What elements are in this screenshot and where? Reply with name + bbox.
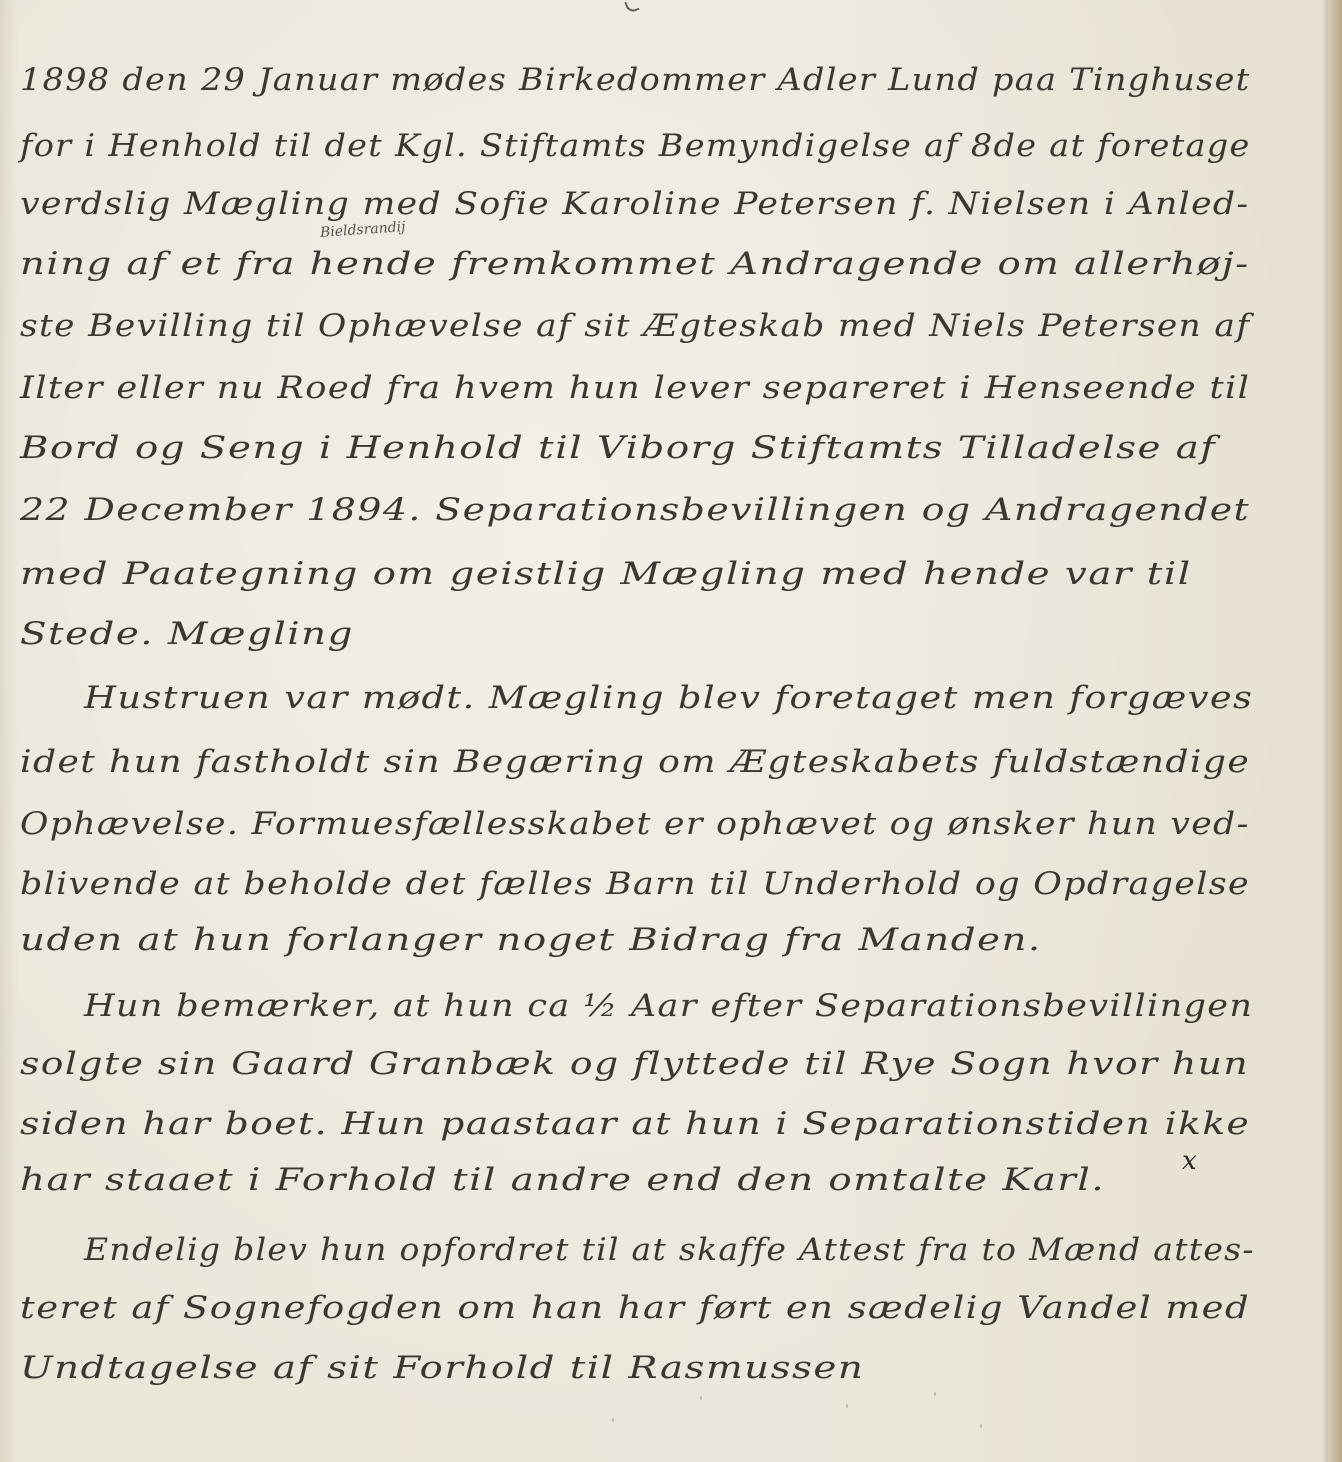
paper-speck xyxy=(934,1392,936,1396)
handwritten-line-1: 1898 den 29 Januar mødes Birkedommer Adl… xyxy=(20,62,1250,98)
handwritten-line-18: siden har boet. Hun paastaar at hun i Se… xyxy=(20,1106,1250,1142)
handwritten-line-14: blivende at beholde det fælles Barn til … xyxy=(20,866,1250,902)
handwritten-line-4: ning af et fra hende fremkommet Andragen… xyxy=(20,246,1250,282)
paper-speck xyxy=(980,1424,982,1428)
paper-speck xyxy=(846,1404,848,1408)
handwritten-line-2: for i Henhold til det Kgl. Stiftamts Bem… xyxy=(20,128,1251,164)
page-edge xyxy=(1328,0,1342,1462)
handwritten-line-12: idet hun fastholdt sin Begæring om Ægtes… xyxy=(20,744,1250,780)
handwritten-line-3: verdslig Mægling med Sofie Karoline Pete… xyxy=(20,186,1249,222)
handwritten-line-19: har staaet i Forhold til andre end den o… xyxy=(20,1162,1105,1198)
handwritten-line-6: Ilter eller nu Roed fra hvem hun lever s… xyxy=(20,370,1250,406)
handwritten-line-20: Endelig blev hun opfordret til at skaffe… xyxy=(84,1232,1255,1268)
interlinear-insertion: Bieldsrandij xyxy=(320,219,406,241)
handwritten-line-8: 22 December 1894. Separationsbevillingen… xyxy=(20,492,1250,528)
handwritten-line-15: uden at hun forlanger noget Bidrag fra M… xyxy=(20,922,1042,958)
handwritten-line-21: teret af Sognefogden om han har ført en … xyxy=(20,1290,1250,1326)
margin-mark: x xyxy=(1182,1146,1197,1176)
handwritten-line-13: Ophævelse. Formuesfællesskabet er ophæve… xyxy=(20,806,1250,842)
handwritten-line-11: Hustruen var mødt. Mægling blev foretage… xyxy=(84,680,1253,716)
handwritten-line-7: Bord og Seng i Henhold til Viborg Stifta… xyxy=(20,430,1216,466)
paper-speck xyxy=(612,1418,614,1422)
ink-stroke-top xyxy=(624,0,639,14)
handwritten-line-22: Undtagelse af sit Forhold til Rasmussen xyxy=(20,1350,864,1386)
handwritten-line-17: solgte sin Gaard Granbæk og flyttede til… xyxy=(20,1046,1249,1082)
handwritten-line-16: Hun bemærker, at hun ca ½ Aar efter Sepa… xyxy=(84,988,1253,1024)
document-page: 1898 den 29 Januar mødes Birkedommer Adl… xyxy=(0,0,1342,1462)
handwritten-line-5: ste Bevilling til Ophævelse af sit Ægtes… xyxy=(20,308,1250,344)
handwritten-line-10: Stede. Mægling xyxy=(20,616,354,652)
paper-speck xyxy=(700,1396,702,1400)
handwritten-line-9: med Paategning om geistlig Mægling med h… xyxy=(20,556,1192,592)
